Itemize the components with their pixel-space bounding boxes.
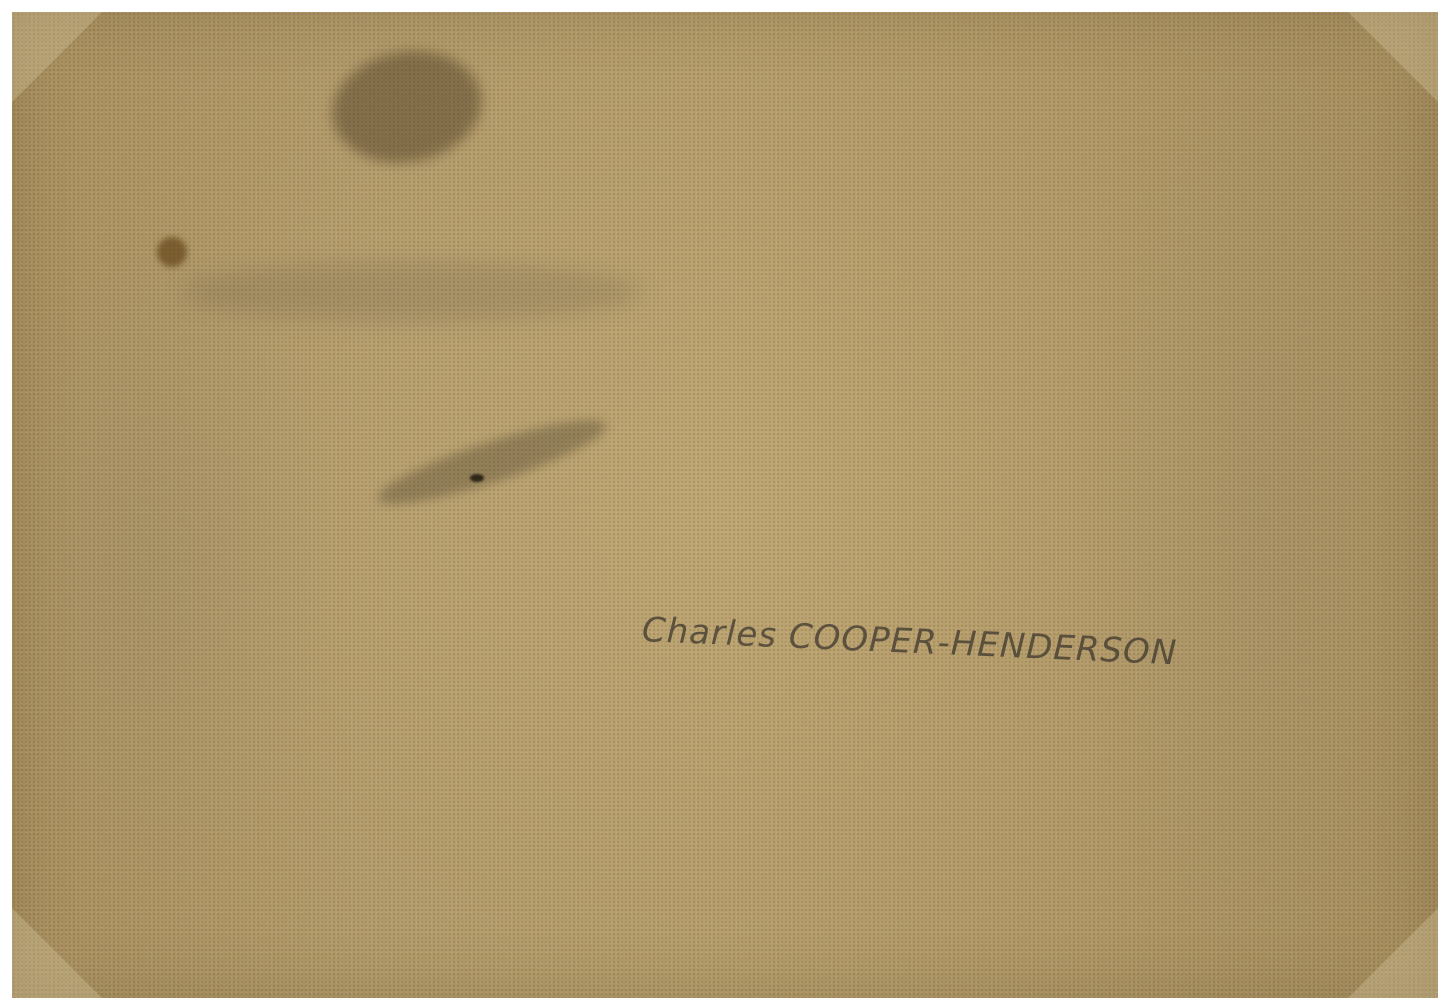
dark-mark	[470, 474, 484, 482]
stain-spot-left	[157, 237, 187, 267]
paper-texture	[12, 12, 1438, 998]
smudge-band	[182, 262, 642, 322]
paper-sheet: Charles COOPER-HENDERSON	[12, 12, 1438, 998]
